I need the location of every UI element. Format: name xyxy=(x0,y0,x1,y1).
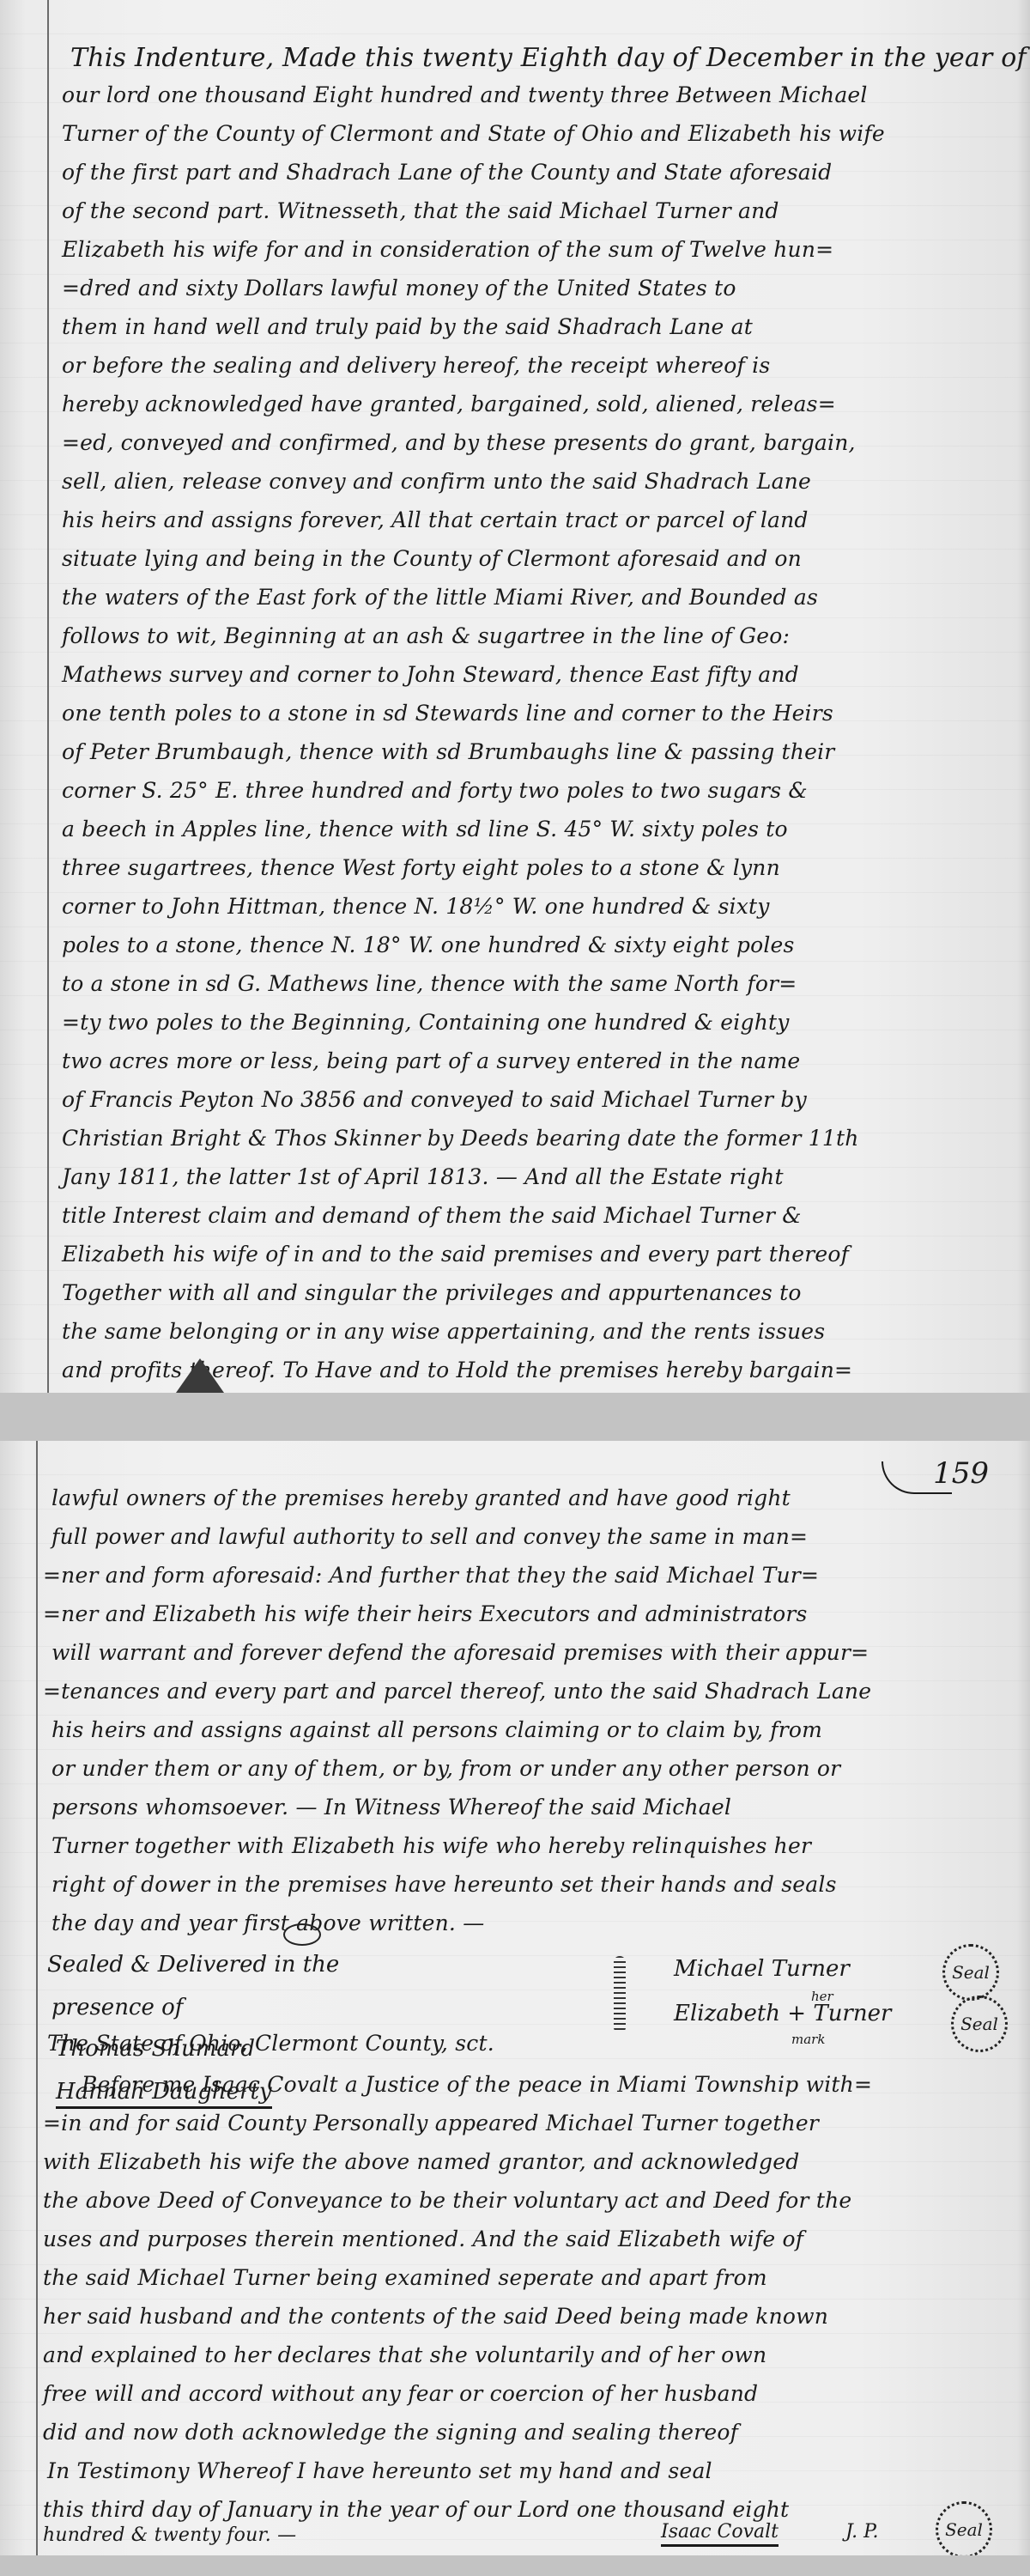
text-line: hereby acknowledged have granted, bargai… xyxy=(62,392,836,416)
text-line: Together with all and singular the privi… xyxy=(62,1280,802,1305)
text-line: this third day of January in the year of… xyxy=(43,2497,789,2522)
text-line: the said Michael Turner being examined s… xyxy=(43,2265,767,2290)
text-line: free will and accord without any fear or… xyxy=(43,2381,758,2406)
text-line: one tenth poles to a stone in sd Steward… xyxy=(62,701,833,726)
text-line: =tenances and every part and parcel ther… xyxy=(43,1679,871,1704)
deed-page-2: 159 lawful owners of the premises hereby… xyxy=(0,1441,1030,2555)
text-line: of the first part and Shadrach Lane of t… xyxy=(62,160,832,185)
text-line: her said husband and the contents of the… xyxy=(43,2304,828,2329)
text-line: uses and purposes therein mentioned. And… xyxy=(43,2227,803,2251)
seal-label: Seal xyxy=(960,2014,998,2034)
text-line: persons whomsoever. — In Witness Whereof… xyxy=(51,1795,731,1820)
seal-icon: Seal xyxy=(936,2501,992,2555)
text-line: Mathews survey and corner to John Stewar… xyxy=(62,662,799,687)
text-line: follows to wit, Beginning at an ash & su… xyxy=(62,623,790,648)
text-line: Turner of the County of Clermont and Sta… xyxy=(62,121,885,146)
text-line: poles to a stone, thence N. 18° W. one h… xyxy=(62,933,795,957)
text-line: Elizabeth his wife of in and to the said… xyxy=(62,1242,849,1267)
text-line: =ner and Elizabeth his wife their heirs … xyxy=(43,1601,808,1626)
text-line: Christian Bright & Thos Skinner by Deeds… xyxy=(62,1126,859,1151)
bracket-flourish-icon xyxy=(614,1956,626,2033)
justice-title: J. P. xyxy=(845,2521,878,2543)
grantor-signature: Elizabeth + Turner xyxy=(674,2001,891,2026)
text-line: them in hand well and truly paid by the … xyxy=(62,314,753,339)
seal-label: Seal xyxy=(952,1962,990,1983)
text-line: or under them or any of them, or by, fro… xyxy=(51,1756,840,1781)
text-line: Before me Isaac Covalt a Justice of the … xyxy=(82,2072,872,2097)
text-line: of the second part. Witnesseth, that the… xyxy=(62,198,779,223)
seal-label: Seal xyxy=(945,2519,983,2540)
text-line: sell, alien, release convey and confirm … xyxy=(62,469,811,494)
text-line: In Testimony Whereof I have hereunto set… xyxy=(47,2458,712,2483)
justice-name: Isaac Covalt xyxy=(661,2521,779,2547)
text-line: to a stone in sd G. Mathews line, thence… xyxy=(62,971,797,996)
deed-page-1: This Indenture, Made this twenty Eighth … xyxy=(0,0,1030,1393)
text-line: =ty two poles to the Beginning, Containi… xyxy=(62,1010,790,1035)
text-line: the waters of the East fork of the littl… xyxy=(62,585,818,610)
text-line: Turner together with Elizabeth his wife … xyxy=(51,1833,811,1858)
text-line: right of dower in the premises have here… xyxy=(51,1872,837,1897)
flourish-icon xyxy=(283,1923,321,1946)
text-line: =dred and sixty Dollars lawful money of … xyxy=(62,276,736,301)
text-line: =ed, conveyed and confirmed, and by thes… xyxy=(62,430,856,455)
mark-note: mark xyxy=(791,2032,825,2047)
text-line: two acres more or less, being part of a … xyxy=(62,1048,800,1073)
attestation-label: presence of xyxy=(51,1995,183,2020)
text-line: with Elizabeth his wife the above named … xyxy=(43,2149,799,2174)
text-line: Jany 1811, the latter 1st of April 1813.… xyxy=(62,1164,784,1189)
text-line: his heirs and assigns against all person… xyxy=(51,1717,822,1742)
text-line: This Indenture, Made this twenty Eighth … xyxy=(70,43,1027,73)
seal-icon: Seal xyxy=(942,1944,999,2001)
attestation-label: Sealed & Delivered in the xyxy=(47,1952,339,1978)
page-number: 159 xyxy=(933,1456,989,1491)
text-line: title Interest claim and demand of them … xyxy=(62,1203,802,1228)
text-line: of Francis Peyton No 3856 and conveyed t… xyxy=(62,1087,807,1112)
text-line: corner S. 25° E. three hundred and forty… xyxy=(62,778,808,803)
text-line: of Peter Brumbaugh, thence with sd Brumb… xyxy=(62,739,834,764)
text-line: and explained to her declares that she v… xyxy=(43,2342,766,2367)
text-line: situate lying and being in the County of… xyxy=(62,546,802,571)
text-line: did and now doth acknowledge the signing… xyxy=(43,2420,738,2445)
text-line: the above Deed of Conveyance to be their… xyxy=(43,2188,851,2213)
text-line: =ner and form aforesaid: And further tha… xyxy=(43,1563,819,1588)
text-line: Elizabeth his wife for and in considerat… xyxy=(62,237,833,262)
text-line: a beech in Apples line, thence with sd l… xyxy=(62,817,788,841)
text-line: his heirs and assigns forever, All that … xyxy=(62,507,809,532)
text-line: full power and lawful authority to sell … xyxy=(51,1524,808,1549)
acknowledgment-heading: The State of Ohio, Clermont County, sct. xyxy=(47,2031,494,2056)
text-line: the same belonging or in any wise appert… xyxy=(62,1319,825,1344)
binding-tab-icon xyxy=(176,1358,224,1393)
text-line: hundred & twenty four. — xyxy=(43,2524,296,2546)
text-line: three sugartrees, thence West forty eigh… xyxy=(62,855,780,880)
text-line: =in and for said County Personally appea… xyxy=(43,2111,819,2136)
margin-rule xyxy=(36,1441,38,2555)
text-line: or before the sealing and delivery hereo… xyxy=(62,353,770,378)
grantor-signature: Michael Turner xyxy=(674,1956,850,1982)
seal-icon: Seal xyxy=(951,1996,1008,2052)
text-line: lawful owners of the premises hereby gra… xyxy=(51,1485,791,1510)
text-line: the day and year first above written. — xyxy=(51,1911,484,1935)
margin-rule xyxy=(47,0,49,1393)
text-line: corner to John Hittman, thence N. 18½° W… xyxy=(62,894,770,919)
text-line: our lord one thousand Eight hundred and … xyxy=(62,82,868,107)
text-line: will warrant and forever defend the afor… xyxy=(51,1640,869,1665)
